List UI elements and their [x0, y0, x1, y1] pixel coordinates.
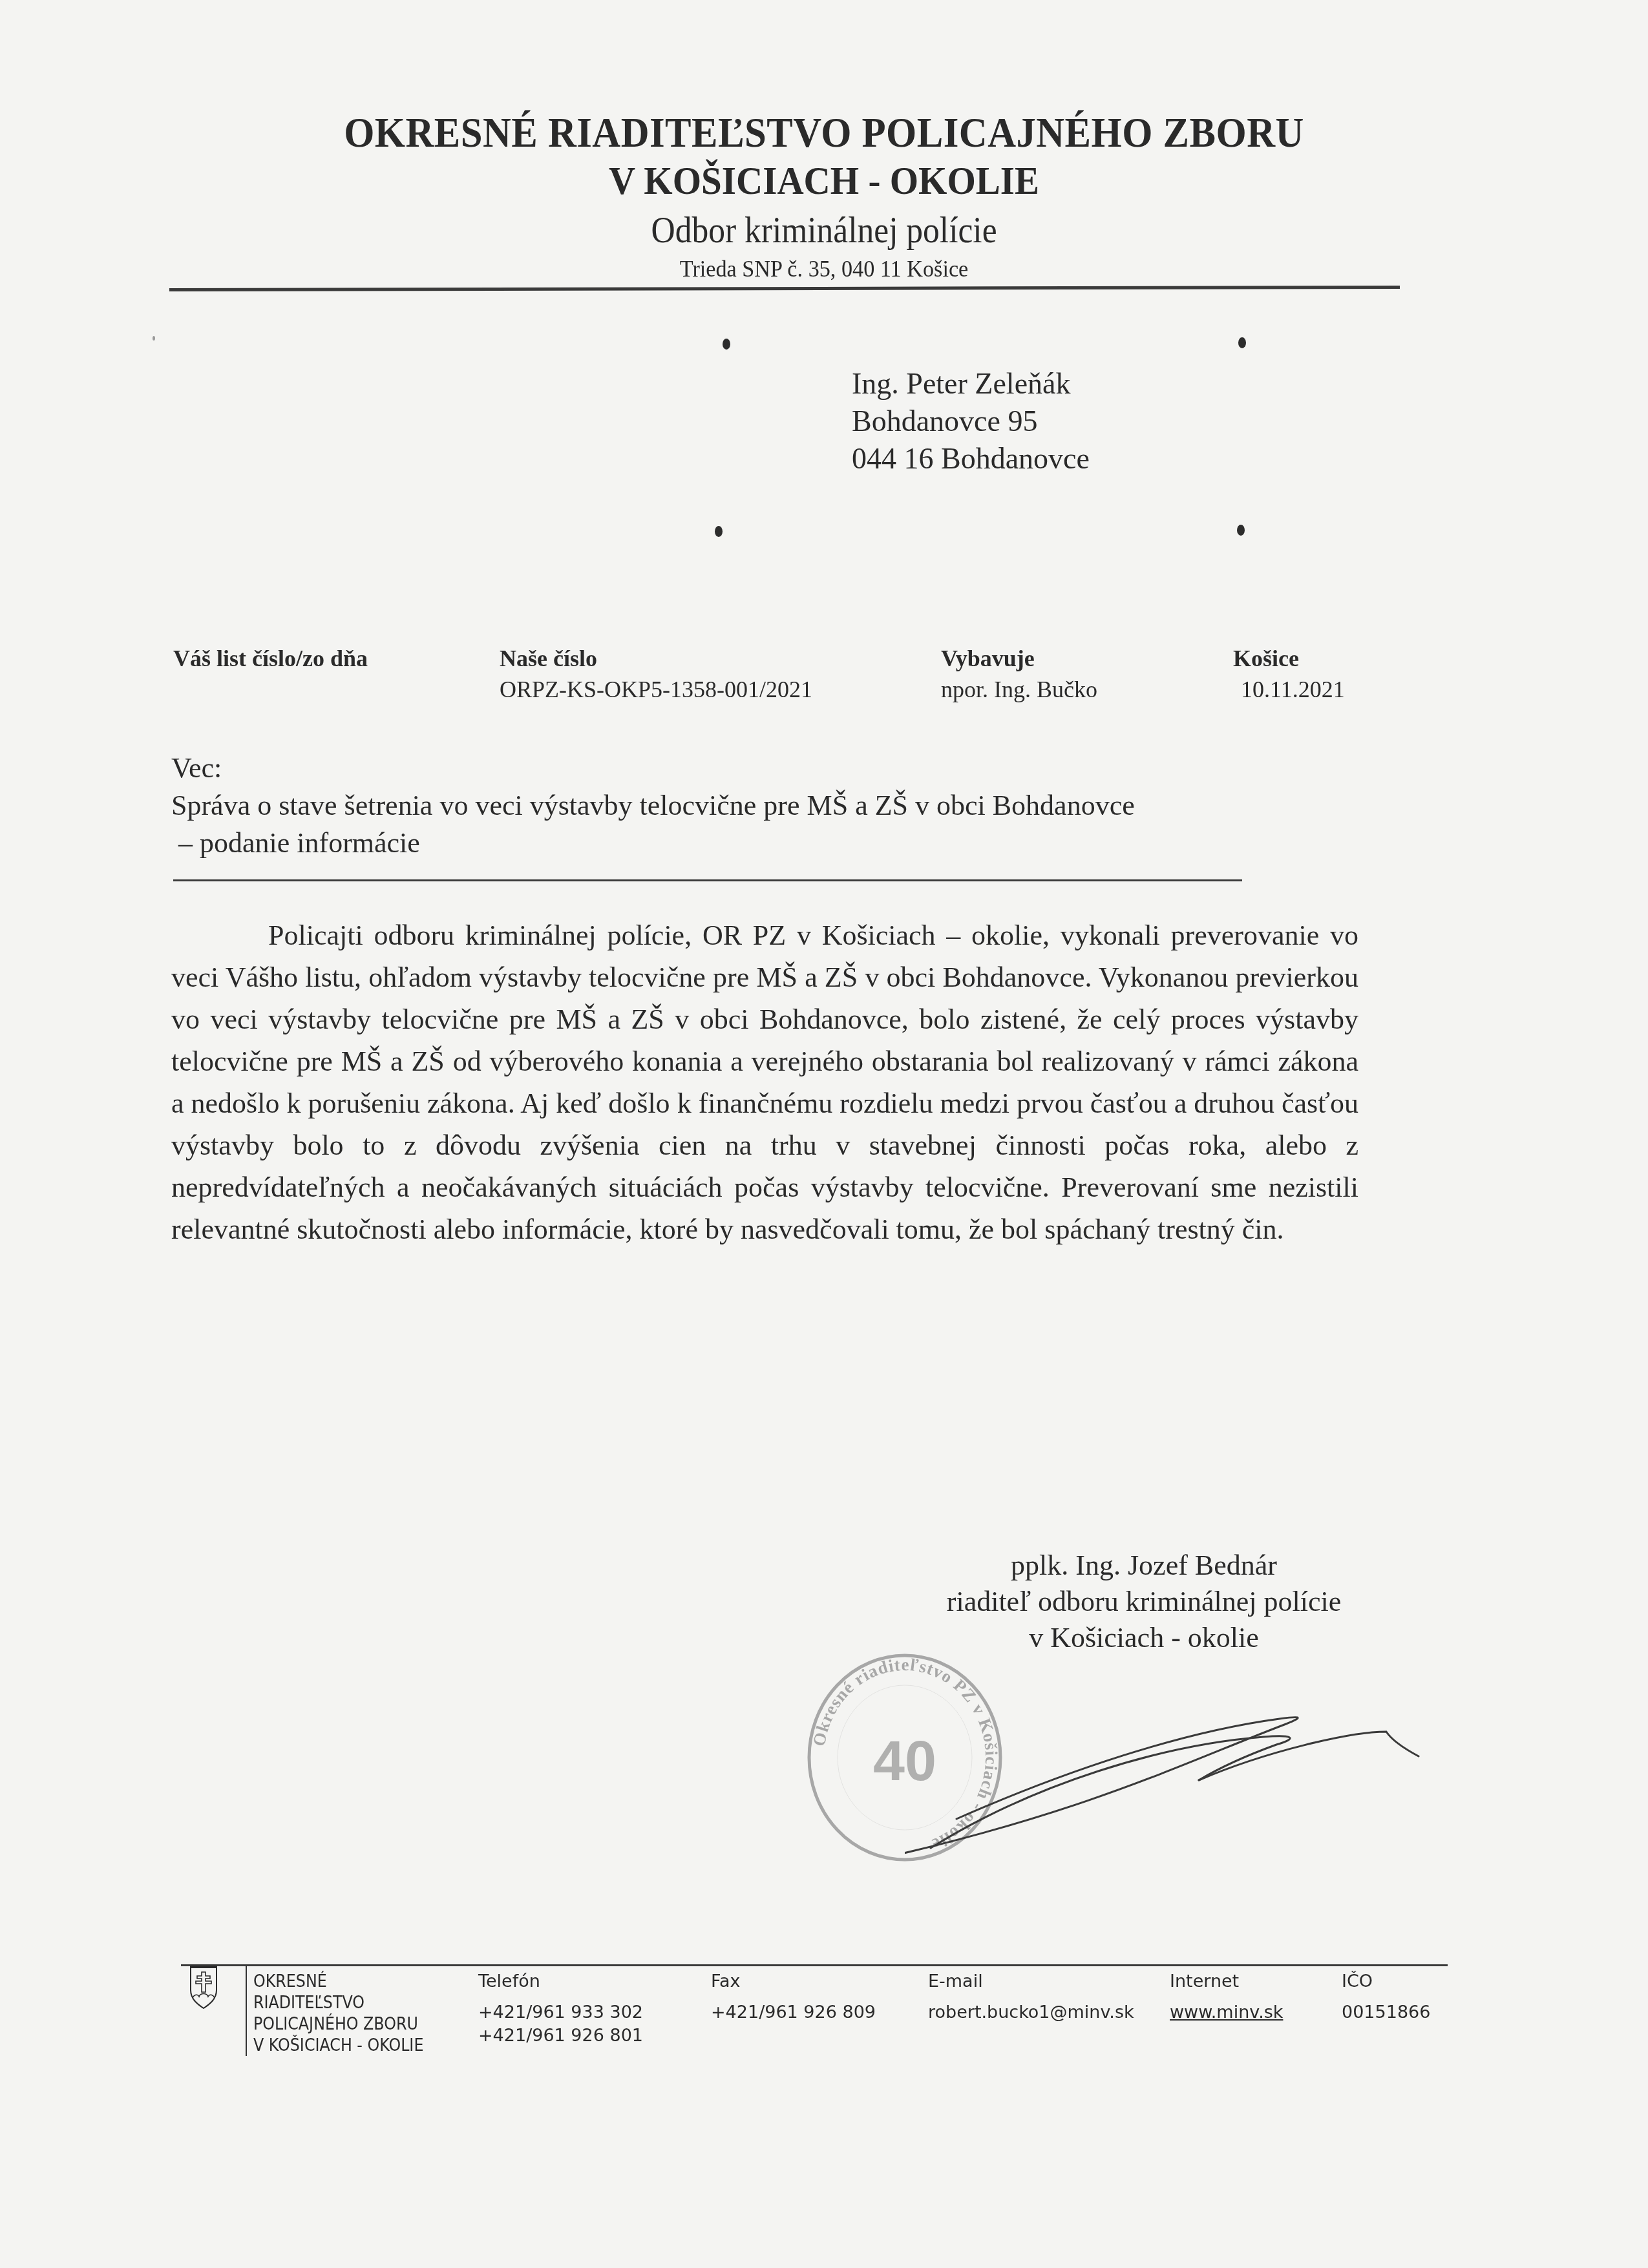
subject-line-1: Správa o stave šetrenia vo veci výstavby… [171, 787, 1135, 824]
subject-label: Vec: [171, 750, 1135, 787]
your-letter-label: Váš list číslo/zo dňa [173, 645, 368, 672]
letterhead-department: Odbor kriminálnej polície [66, 210, 1582, 251]
scan-speck [153, 336, 155, 341]
website-link[interactable]: www.minv.sk [1170, 2001, 1283, 2024]
place-label: Košice [1233, 645, 1345, 672]
phone-1: +421/961 933 302 [478, 2001, 643, 2024]
recipient-address: Ing. Peter Zeleňák Bohdanovce 95 044 16 … [852, 365, 1090, 478]
subject-line-2: – podanie informácie [171, 824, 1135, 862]
footer-vertical-divider [246, 1966, 247, 2056]
signature-block: pplk. Ing. Jozef Bednár riaditeľ odboru … [853, 1548, 1435, 1656]
phone-2: +421/961 926 801 [478, 2024, 643, 2048]
our-number-value: ORPZ-KS-OKP5-1358-001/2021 [500, 676, 812, 703]
recipient-street: Bohdanovce 95 [852, 403, 1090, 440]
reference-handled-by: Vybavuje npor. Ing. Bučko [941, 645, 1097, 703]
window-mark-top-right [1238, 337, 1246, 348]
signatory-name: pplk. Ing. Jozef Bednár [853, 1548, 1435, 1584]
email-label: E-mail [928, 1971, 1134, 1992]
phone-label: Telefón [478, 1971, 643, 1992]
handled-by-label: Vybavuje [941, 645, 1097, 672]
letterhead-address: Trieda SNP č. 35, 040 11 Košice [41, 255, 1607, 282]
handled-by-value: npor. Ing. Bučko [941, 676, 1097, 703]
fax-label: Fax [711, 1971, 876, 1992]
subject-divider [173, 879, 1242, 881]
our-number-label: Naše číslo [500, 645, 812, 672]
letterhead-title: OKRESNÉ RIADITEĽSTVO POLICAJNÉHO ZBORU [66, 109, 1582, 158]
window-mark-bottom-right [1237, 525, 1245, 536]
signatory-position: riaditeľ odboru kriminálnej polície [853, 1584, 1435, 1620]
internet-label: Internet [1170, 1971, 1283, 1992]
body-paragraph: Policajti odboru kriminálnej polície, OR… [171, 914, 1358, 1250]
email-address[interactable]: robert.bucko1@minv.sk [928, 2001, 1134, 2024]
date-value: 10.11.2021 [1241, 676, 1345, 703]
subject: Vec: Správa o stave šetrenia vo veci výs… [171, 750, 1135, 862]
footer-divider [181, 1964, 1448, 1966]
footer-organization: OKRESNÉ RIADITEĽSTVO POLICAJNÉHO ZBORU V… [253, 1971, 423, 2056]
ico-number: 00151866 [1342, 2001, 1430, 2024]
footer-org-line-1: OKRESNÉ [253, 1971, 423, 1992]
recipient-name: Ing. Peter Zeleňák [852, 365, 1090, 403]
footer-ico: IČO 00151866 [1342, 1971, 1430, 2024]
reference-your-letter: Váš list číslo/zo dňa [173, 645, 368, 672]
reference-date: Košice 10.11.2021 [1233, 645, 1345, 703]
ico-label: IČO [1342, 1971, 1430, 1992]
letterhead-divider [169, 286, 1400, 291]
footer-org-line-4: V KOŠICIACH - OKOLIE [253, 2035, 423, 2056]
letterhead-subtitle: V KOŠICIACH - OKOLIE [66, 158, 1582, 204]
footer-fax: Fax +421/961 926 809 [711, 1971, 876, 2024]
footer-phone: Telefón +421/961 933 302 +421/961 926 80… [478, 1971, 643, 2048]
fax-number: +421/961 926 809 [711, 2001, 876, 2024]
window-mark-top-left [723, 339, 730, 350]
footer-email: E-mail robert.bucko1@minv.sk [928, 1971, 1134, 2024]
slovak-coat-of-arms-icon [189, 1964, 218, 2010]
window-mark-bottom-left [715, 526, 723, 537]
footer-org-line-2: RIADITEĽSTVO [253, 1992, 423, 2013]
footer-internet: Internet www.minv.sk [1170, 1971, 1283, 2024]
recipient-city: 044 16 Bohdanovce [852, 440, 1090, 478]
footer-org-line-3: POLICAJNÉHO ZBORU [253, 2013, 423, 2035]
handwritten-signature [905, 1654, 1519, 1867]
reference-our-number: Naše číslo ORPZ-KS-OKP5-1358-001/2021 [500, 645, 812, 703]
